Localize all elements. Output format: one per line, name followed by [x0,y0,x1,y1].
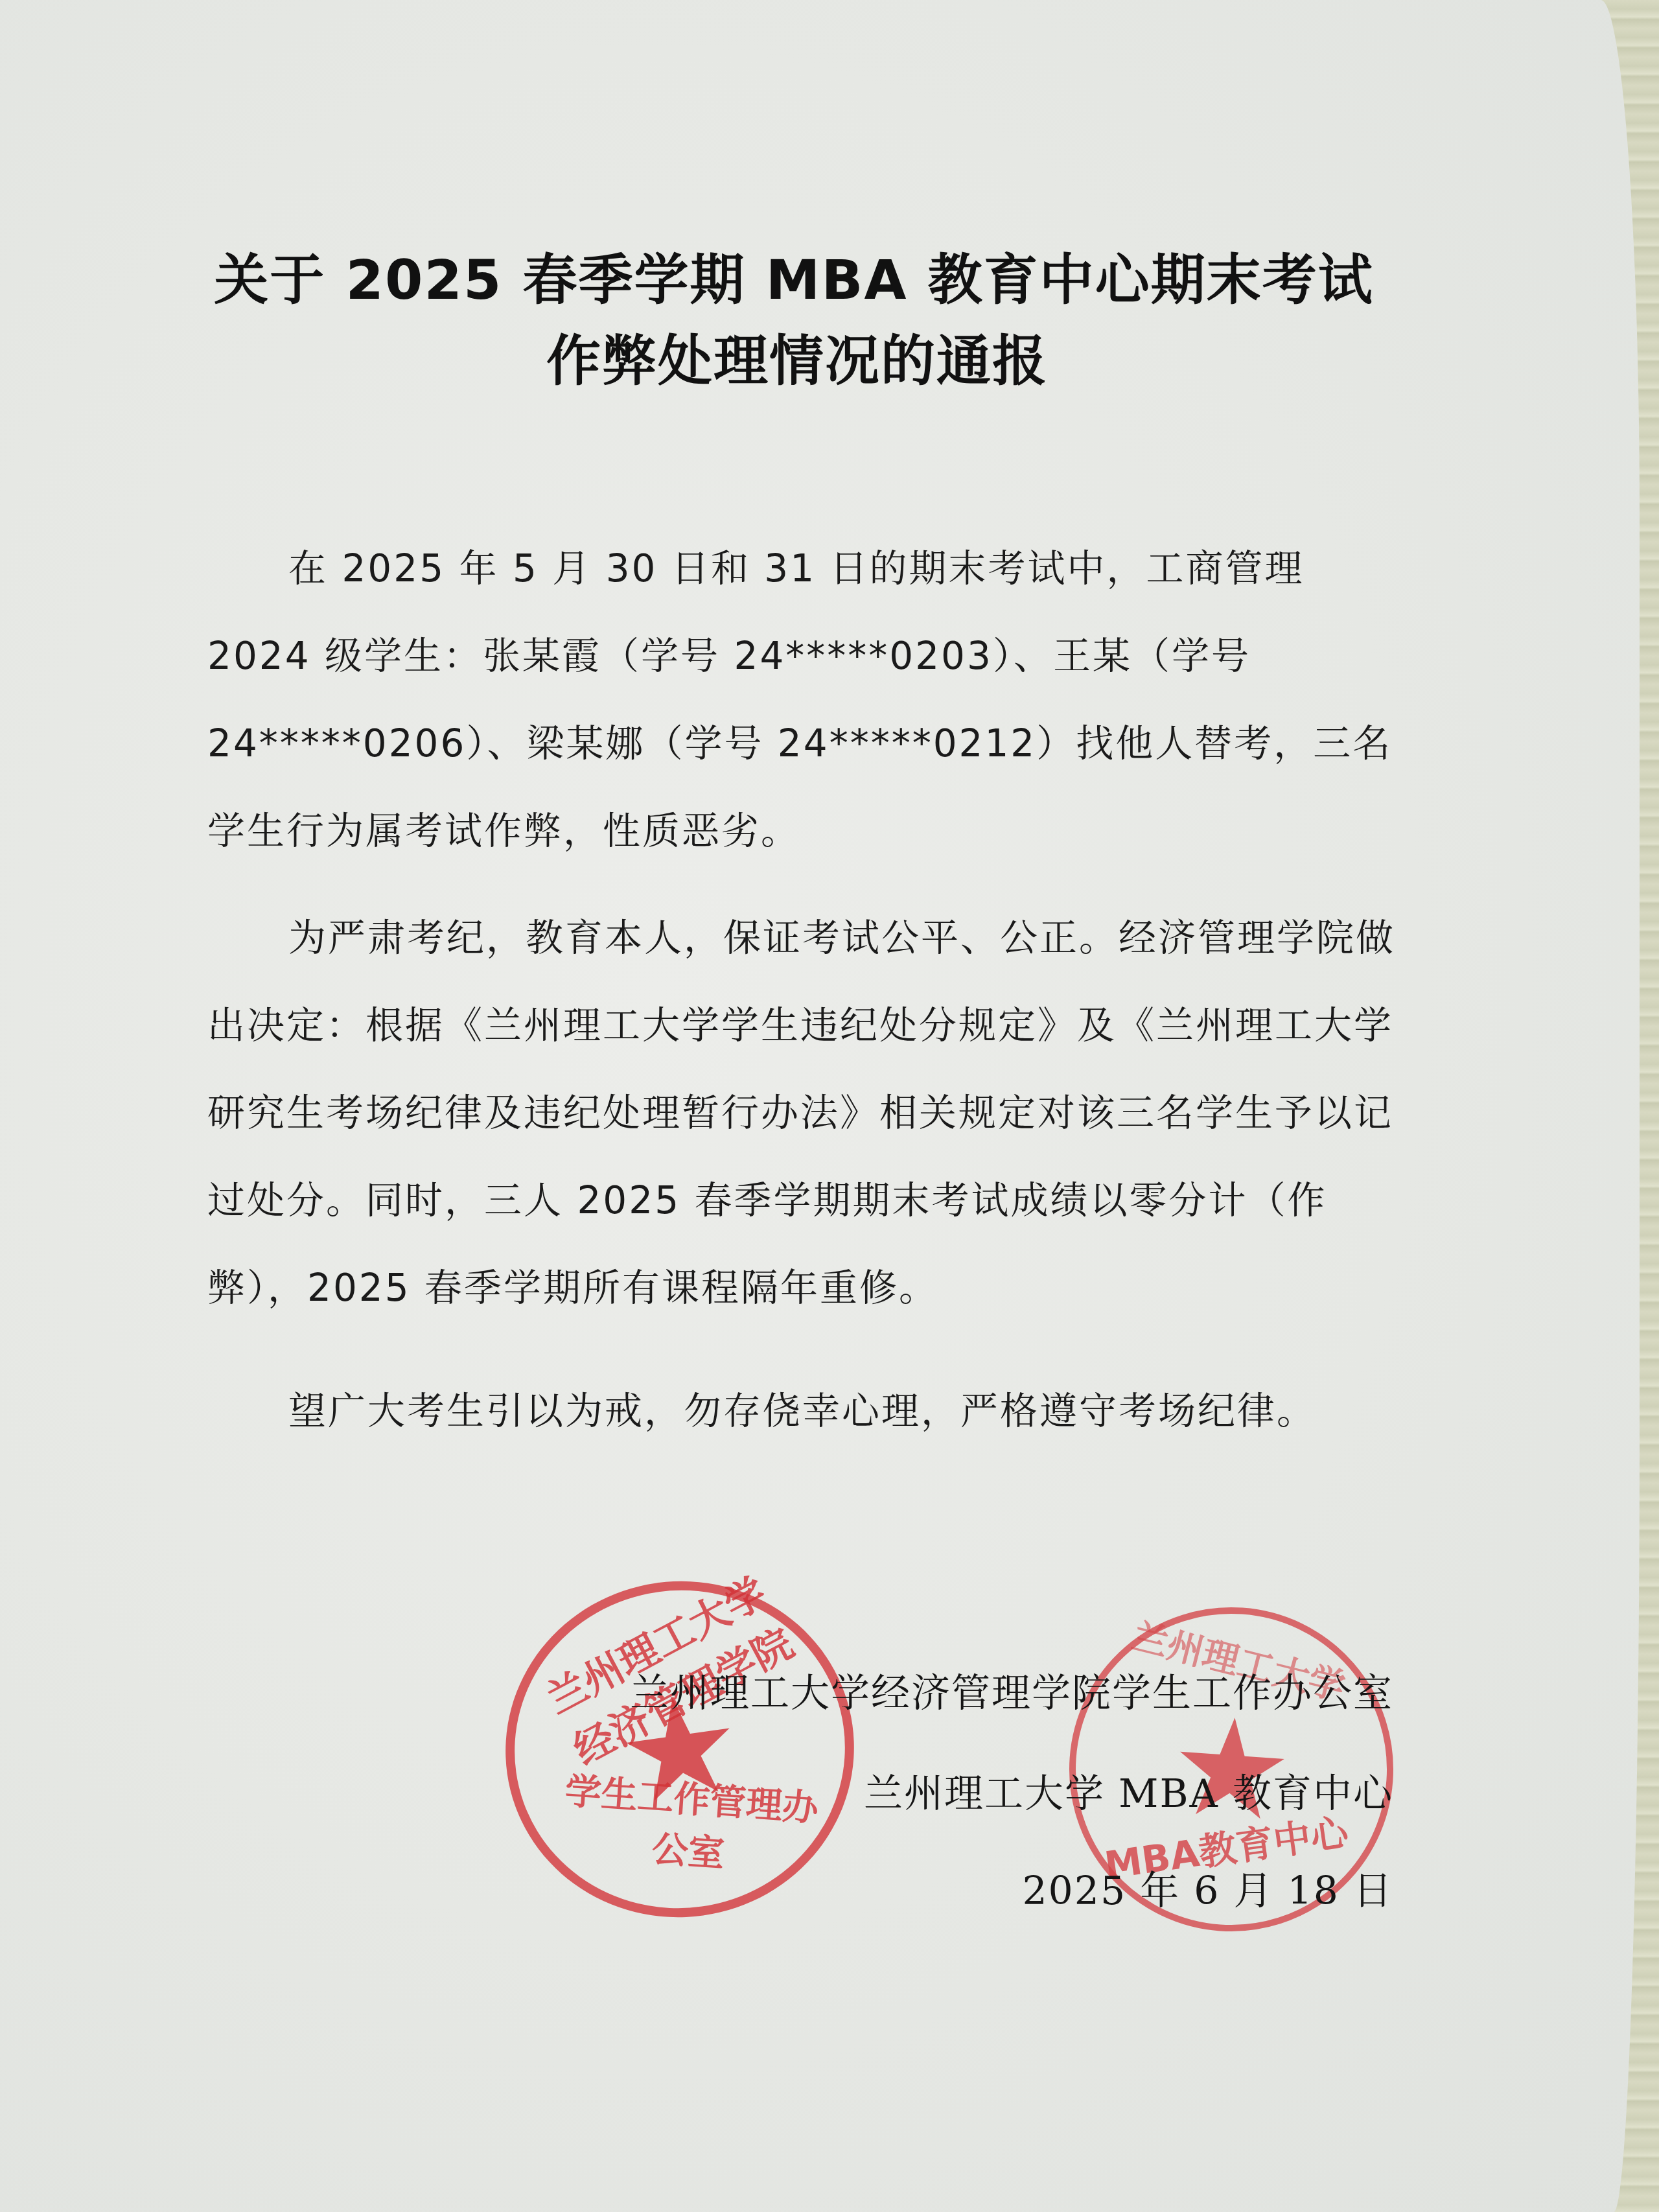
document-title-line-1: 关于 2025 春季学期 MBA 教育中心期末考试 [0,237,1588,315]
paragraph-warning-text: 望广大考生引以为戒，勿存侥幸心理，严格遵守考场纪律。 [288,1389,1316,1433]
paragraph-decision-text: 为严肃考纪，教育本人，保证考试公平、公正。经济管理学院做出决定：根据《兰州理工大… [207,916,1395,1310]
paragraph-incident: 在 2025 年 5 月 30 日和 31 日的期末考试中，工商管理 2024 … [207,525,1400,875]
document-title-line-2: 作弊处理情况的通报 [0,318,1594,396]
official-seal-student-office: 兰州理工大学经济管理学院 ★ 学生工作管理办公室 [484,1559,876,1940]
paragraph-incident-text: 在 2025 年 5 月 30 日和 31 日的期末考试中，工商管理 2024 … [207,546,1392,853]
issue-date: 2025 年 6 月 18 日 [1022,1860,1393,1916]
paragraph-decision: 为严肃考纪，教育本人，保证考试公平、公正。经济管理学院做出决定：根据《兰州理工大… [207,894,1400,1332]
paragraph-warning: 望广大考生引以为戒，勿存侥幸心理，严格遵守考场纪律。 [207,1368,1400,1455]
seal-bottom-text: 学生工作管理办公室 [548,1762,833,1885]
document-page: 关于 2025 春季学期 MBA 教育中心期末考试 作弊处理情况的通报 在 20… [0,0,1640,2212]
issuer-student-office: 兰州理工大学经济管理学院学生工作办公室 [630,1662,1393,1718]
issuer-mba-center: 兰州理工大学 MBA 教育中心 [864,1763,1393,1819]
